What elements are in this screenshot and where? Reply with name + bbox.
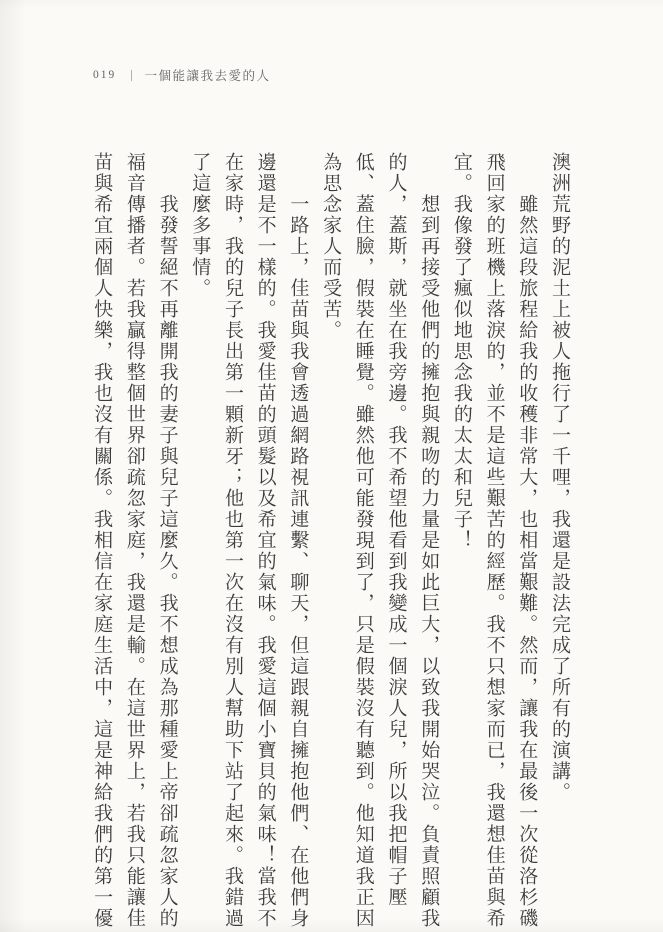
book-page: 019 | 一個能讓我去愛的人 澳洲荒野的泥土上被人拖行了一千哩，我還是設法完成… [0, 0, 663, 932]
running-header: 019 | 一個能讓我去愛的人 [93, 66, 270, 84]
paragraph: 想到再接受他們的擁抱與親吻的力量是如此巨大，以致我開始哭泣。負責照顧我的人，蓋斯… [313, 152, 444, 931]
page-number: 019 [93, 69, 116, 81]
paragraph: 一路上，佳苗與我會透過網路視訊連繫、聊天，但這跟親自擁抱他們、在他們身邊還是不一… [183, 152, 314, 931]
paragraph: 澳洲荒野的泥土上被人拖行了一千哩，我還是設法完成了所有的演講。 [542, 152, 575, 931]
paragraph: 雖然這段旅程給我的收穫非常大，也相當艱難。然而，讓我在最後一次從洛杉磯飛回家的班… [444, 152, 542, 931]
chapter-title: 一個能讓我去愛的人 [144, 66, 270, 84]
page-body-text: 澳洲荒野的泥土上被人拖行了一千哩，我還是設法完成了所有的演講。 雖然這段旅程給我… [84, 152, 575, 931]
header-separator: | [130, 68, 132, 82]
paragraph: 我發誓絕不再離開我的妻子與兒子這麼久。我不想成為那種愛上帝卻疏忽家人的福音傳播者… [84, 152, 182, 931]
